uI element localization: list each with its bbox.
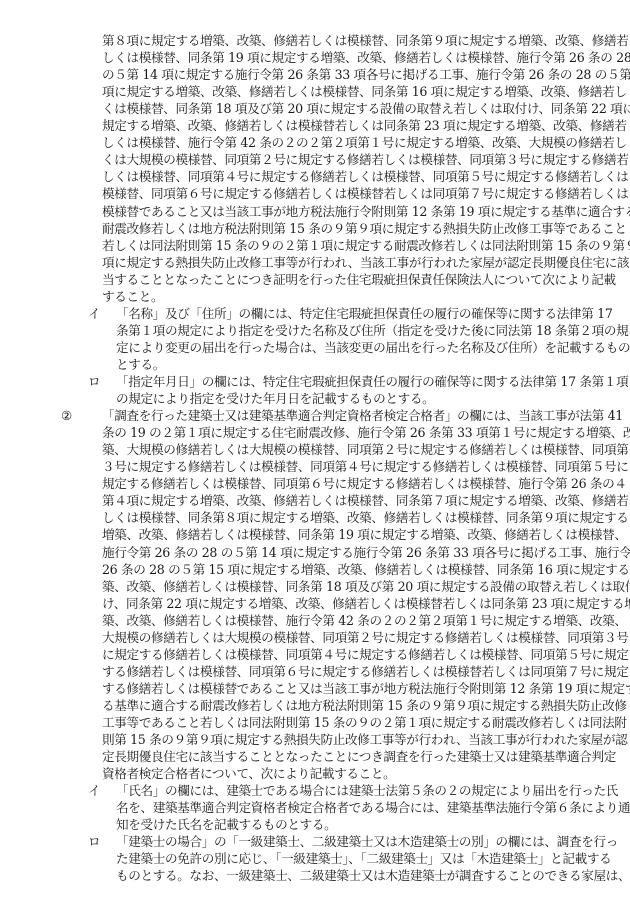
text-line: 工事等であること若しくは同法附則第 15 条の９の２第１項に規定する耐震改修若し… xyxy=(102,714,627,731)
text-line: 増築、改築、修繕若しくは模様替、同条第 19 項に規定する増築、改築、修繕若しく… xyxy=(102,526,627,543)
text-line: 第８項に規定する増築、改築、修繕若しくは模様替、同条第９項に規定する増築、改築、… xyxy=(102,32,628,49)
line-text: 26 条の 28 の５第 15 項に規定する増築、改築、修繕若しくは模様替、同条… xyxy=(102,562,630,577)
line-text: 知を受けた氏名を記載するものとする。 xyxy=(116,817,336,832)
text-line: 規定する修繕若しくは模様替、同項第６号に規定する修繕若しくは模様替、施行令第 2… xyxy=(102,475,627,492)
line-text: ３号に規定する修繕若しくは模様替、同項第４号に規定する修繕若しくは模様替、同項第… xyxy=(102,459,628,474)
text-line: 資格者検定合格者について、次により記載すること。 xyxy=(102,765,395,782)
text-line: しくは模様替、同項第４号に規定する修繕若しくは模様替、同項第５号に規定する修繕若… xyxy=(102,168,628,185)
line-text: しくは模様替、同項第４号に規定する修繕若しくは模様替、同項第５号に規定する修繕若… xyxy=(102,169,628,184)
line-text: 第４項に規定する増築、改築、修繕若しくは模様替、同条第７項に規定する増築、改築、… xyxy=(102,493,628,508)
line-text: 増築、改築、修繕若しくは模様替、同条第 19 項に規定する増築、改築、修繕若しく… xyxy=(102,527,627,542)
line-text: け、同条第 22 項に規定する増築、改築、修繕若しくは模様替若しくは同条第 23… xyxy=(102,596,630,611)
numbered-item-line: ②「調査を行った建築士又は建築基準適合判定資格者検定合格者」の欄には、当該工事が… xyxy=(61,407,623,424)
line-text: くは大規模の模様替、同項第２号に規定する修繕若しくは模様替、同項第３号に規定する… xyxy=(102,152,628,167)
line-text: 規定する修繕若しくは模様替、同項第６号に規定する修繕若しくは模様替、施行令第 2… xyxy=(102,476,627,491)
text-line: け、同条第 22 項に規定する増築、改築、修繕若しくは模様替若しくは同条第 23… xyxy=(102,595,630,612)
text-line: 規定する増築、改築、修繕若しくは模様替若しくは同条第 23 項に規定する増築、改… xyxy=(102,117,627,134)
line-text: 項に規定する熱損失防止改修工事等が行われ、当該工事が行われた家屋が認定長期優良住… xyxy=(102,255,629,270)
text-line: 項に規定する熱損失防止改修工事等が行われ、当該工事が行われた家屋が認定長期優良住… xyxy=(102,254,629,271)
line-text: 項に規定する増築、改築、修繕若しくは模様替、同条第 16 項に規定する増築、改築… xyxy=(102,84,627,99)
text-line: 知を受けた氏名を記載するものとする。 xyxy=(116,816,336,833)
text-line: 定により変更の届出を行った場合は、当該変更の届出を行った名称及び住所）を記載する… xyxy=(116,339,630,356)
text-line: くは大規模の模様替、同項第２号に規定する修繕若しくは模様替、同項第３号に規定する… xyxy=(102,151,628,168)
text-line: 第４項に規定する増築、改築、修繕若しくは模様替、同条第７項に規定する増築、改築、… xyxy=(102,492,628,509)
line-text: 築、改築、修繕若しくは模様替、施行令第 42 条の２の２第２項第１号に規定する増… xyxy=(102,613,627,628)
text-line: 条第１項の規定により指定を受けた名称及び住所（指定を受けた後に同法第 18 条第… xyxy=(116,322,628,339)
line-text: 「指定年月日」の欄には、特定住宅瑕疵担保責任の履行の確保等に関する法律第 17 … xyxy=(116,374,628,389)
text-line: する修繕若しくは模様替であること又は当該工事が地方税法施行令附則第 12 条第 … xyxy=(102,680,630,697)
sub-item-line: ロ「指定年月日」の欄には、特定住宅瑕疵担保責任の履行の確保等に関する法律第 17… xyxy=(88,373,628,390)
text-line: ものとする。なお、一級建築士、二級建築士又は木造建築士が調査することのできる家屋… xyxy=(116,867,630,884)
text-line: すること。 xyxy=(102,288,163,305)
line-text: 定により変更の届出を行った場合は、当該変更の届出を行った名称及び住所）を記載する… xyxy=(116,340,630,355)
text-line: る基準に適合する耐震改修若しくは地方税法附則第 15 条の９第９項に規定する熱損… xyxy=(102,697,627,714)
line-text: しくは模様替、同条第８項に規定する増築、改築、修繕若しくは模様替、同条第９項に規… xyxy=(102,510,628,525)
line-text: 則第 15 条の９第９項に規定する熱損失防止改修工事等が行われ、当該工事が行われ… xyxy=(102,732,627,747)
line-text: 条第１項の規定により指定を受けた名称及び住所（指定を受けた後に同法第 18 条第… xyxy=(116,323,628,338)
line-text: 耐震改修若しくは地方税法附則第 15 条の９第９項に規定する熱損失防止改修工事等… xyxy=(102,221,627,236)
line-text: 第８項に規定する増築、改築、修繕若しくは模様替、同条第９項に規定する増築、改築、… xyxy=(102,33,628,48)
line-text: た建築士の免許の別に応じ、「一級建築士」、「二級建築士」又は「木造建築士」と記載… xyxy=(116,851,611,866)
text-line: の規定により指定を受けた年月日を記載するものとする。 xyxy=(116,390,434,407)
text-line: 築、大規模の修繕若しくは大規模の模様替、同項第２号に規定する修繕若しくは模様替、… xyxy=(102,441,628,458)
text-line: する修繕若しくは模様替、同項第６号に規定する修繕若しくは模様替若しくは同項第７号… xyxy=(102,663,628,680)
line-text: とする。 xyxy=(116,357,165,372)
text-line: た建築士の免許の別に応じ、「一級建築士」、「二級建築士」又は「木造建築士」と記載… xyxy=(116,850,611,867)
text-line: 若しくは同法附則第 15 条の９の２第１項に規定する耐震改修若しくは同法附則第 … xyxy=(102,237,630,254)
text-line: 大規模の修繕若しくは大規模の模様替、同項第２号に規定する修繕若しくは模様替、同項… xyxy=(102,629,628,646)
text-line: ３号に規定する修繕若しくは模様替、同項第４号に規定する修繕若しくは模様替、同項第… xyxy=(102,458,628,475)
text-line: 耐震改修若しくは地方税法附則第 15 条の９第９項に規定する熱損失防止改修工事等… xyxy=(102,220,627,237)
line-text: 工事等であること若しくは同法附則第 15 条の９の２第１項に規定する耐震改修若し… xyxy=(102,715,627,730)
text-line: しくは模様替、施行令第 42 条の２の２第２項第１号に規定する増築、改築、大規模… xyxy=(102,134,627,151)
text-line: 26 条の 28 の５第 15 項に規定する増築、改築、修繕若しくは模様替、同条… xyxy=(102,561,630,578)
text-line: しくは模様替、同条第 19 項に規定する増築、改築、修繕若しくは模様替、施行令第… xyxy=(102,49,630,66)
line-text: 名を、建築基準適合判定資格者検定合格者である場合には、建築基準法施行令第６条によ… xyxy=(116,800,630,815)
document-page: 第８項に規定する増築、改築、修繕若しくは模様替、同条第９項に規定する増築、改築、… xyxy=(0,0,630,903)
text-line: 則第 15 条の９第９項に規定する熱損失防止改修工事等が行われ、当該工事が行われ… xyxy=(102,731,627,748)
line-text: すること。 xyxy=(102,289,163,304)
text-line: しくは模様替、同条第８項に規定する増築、改築、修繕若しくは模様替、同条第９項に規… xyxy=(102,509,628,526)
line-text: 模様替、同項第６号に規定する修繕若しくは模様替若しくは同項第７号に規定する修繕若… xyxy=(102,186,628,201)
line-text: しくは模様替、施行令第 42 条の２の２第２項第１号に規定する増築、改築、大規模… xyxy=(102,135,627,150)
line-text: 築、改築、修繕若しくは模様替、同条第 18 項及び第 20 項に規定する設備の取… xyxy=(102,579,630,594)
sub-item-line: イ「名称」及び「住所」の欄には、特定住宅瑕疵担保責任の履行の確保等に関する法律第… xyxy=(88,305,613,322)
line-text: 規定する増築、改築、修繕若しくは模様替若しくは同条第 23 項に規定する増築、改… xyxy=(102,118,627,133)
item-marker: ロ xyxy=(88,833,116,850)
text-line: 名を、建築基準適合判定資格者検定合格者である場合には、建築基準法施行令第６条によ… xyxy=(116,799,630,816)
text-line: 施行令第 26 条の 28 の５第 14 項に規定する施行令第 26 条第 33… xyxy=(102,544,630,561)
line-text: 「氏名」の欄には、建築士である場合には建築士法第５条の２の規定により届出を行った… xyxy=(116,783,618,798)
text-line: くは模様替、同条第 18 項及び第 20 項に規定する設備の取替え若しくは取付け… xyxy=(102,100,630,117)
line-text: る基準に適合する耐震改修若しくは地方税法附則第 15 条の９第９項に規定する熱損… xyxy=(102,698,627,713)
sub-item-line: イ「氏名」の欄には、建築士である場合には建築士法第５条の２の規定により届出を行っ… xyxy=(88,782,618,799)
item-marker: ロ xyxy=(88,373,116,390)
line-text: 定長期優良住宅に該当することとなったことにつき調査を行った建築士又は建築基準適合… xyxy=(102,749,616,764)
text-line: に規定する修繕若しくは模様替、同項第４号に規定する修繕若しくは模様替、同項第５号… xyxy=(102,646,628,663)
item-marker: イ xyxy=(88,305,116,322)
line-text: の規定により指定を受けた年月日を記載するものとする。 xyxy=(116,391,434,406)
line-text: 資格者検定合格者について、次により記載すること。 xyxy=(102,766,395,781)
text-line: 条の 19 の２第１項に規定する住宅耐震改修、施行令第 26 条第 33 項第１… xyxy=(102,424,630,441)
text-line: 築、改築、修繕若しくは模様替、施行令第 42 条の２の２第２項第１号に規定する増… xyxy=(102,612,627,629)
text-line: 定長期優良住宅に該当することとなったことにつき調査を行った建築士又は建築基準適合… xyxy=(102,748,616,765)
line-text: 「建築士の場合」の「一級建築士、二級建築士又は木造建築士の別」の欄には、調査を行… xyxy=(116,834,618,849)
line-text: 当することとなったことにつき証明を行った住宅瑕疵担保責任保険法人について次により… xyxy=(102,272,616,287)
text-line: 模様替であること又は当該工事が地方税法施行令附則第 12 条第 19 項に規定す… xyxy=(102,203,630,220)
line-text: 条の 19 の２第１項に規定する住宅耐震改修、施行令第 26 条第 33 項第１… xyxy=(102,425,630,440)
item-marker: イ xyxy=(88,782,116,799)
line-text: 若しくは同法附則第 15 条の９の２第１項に規定する耐震改修若しくは同法附則第 … xyxy=(102,238,630,253)
line-text: ものとする。なお、一級建築士、二級建築士又は木造建築士が調査することのできる家屋… xyxy=(116,868,630,883)
line-text: しくは模様替、同条第 19 項に規定する増築、改築、修繕若しくは模様替、施行令第… xyxy=(102,50,630,65)
line-text: 築、大規模の修繕若しくは大規模の模様替、同項第２号に規定する修繕若しくは模様替、… xyxy=(102,442,628,457)
line-text: の５第 14 項に規定する施行令第 26 条第 33 項各号に掲げる工事、施行令… xyxy=(102,67,630,82)
text-line: 築、改築、修繕若しくは模様替、同条第 18 項及び第 20 項に規定する設備の取… xyxy=(102,578,630,595)
line-text: 「調査を行った建築士又は建築基準適合判定資格者検定合格者」の欄には、当該工事が法… xyxy=(102,408,623,423)
line-text: する修繕若しくは模様替、同項第６号に規定する修繕若しくは模様替若しくは同項第７号… xyxy=(102,664,628,679)
line-text: 「名称」及び「住所」の欄には、特定住宅瑕疵担保責任の履行の確保等に関する法律第 … xyxy=(116,306,613,321)
line-text: 模様替であること又は当該工事が地方税法施行令附則第 12 条第 19 項に規定す… xyxy=(102,204,630,219)
line-text: する修繕若しくは模様替であること又は当該工事が地方税法施行令附則第 12 条第 … xyxy=(102,681,630,696)
text-line: 当することとなったことにつき証明を行った住宅瑕疵担保責任保険法人について次により… xyxy=(102,271,616,288)
text-line: 項に規定する増築、改築、修繕若しくは模様替、同条第 16 項に規定する増築、改築… xyxy=(102,83,627,100)
text-line: 模様替、同項第６号に規定する修繕若しくは模様替若しくは同項第７号に規定する修繕若… xyxy=(102,185,628,202)
line-text: 大規模の修繕若しくは大規模の模様替、同項第２号に規定する修繕若しくは模様替、同項… xyxy=(102,630,628,645)
item-marker: ② xyxy=(61,407,102,424)
line-text: くは模様替、同条第 18 項及び第 20 項に規定する設備の取替え若しくは取付け… xyxy=(102,101,630,116)
sub-item-line: ロ「建築士の場合」の「一級建築士、二級建築士又は木造建築士の別」の欄には、調査を… xyxy=(88,833,618,850)
text-line: とする。 xyxy=(116,356,165,373)
line-text: 施行令第 26 条の 28 の５第 14 項に規定する施行令第 26 条第 33… xyxy=(102,545,630,560)
text-line: の５第 14 項に規定する施行令第 26 条第 33 項各号に掲げる工事、施行令… xyxy=(102,66,630,83)
line-text: に規定する修繕若しくは模様替、同項第４号に規定する修繕若しくは模様替、同項第５号… xyxy=(102,647,628,662)
